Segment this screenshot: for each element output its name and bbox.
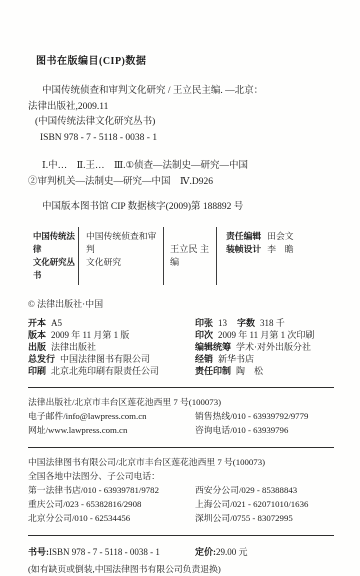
divider-rule [28,535,334,536]
sales-hotline: 销售热线/010 - 63939792/9779 [195,409,334,423]
print-specs: 开本A5 版本2009 年 11 月第 1 版 出版法律出版社 总发行中国法律图… [28,317,334,377]
branch-phone: 第一法律书店/010 - 63939781/9782 [28,483,195,497]
spec-row-editorial-division: 编辑统筹学术·对外出版分社 [195,341,334,353]
divider-rule [28,447,334,448]
publisher-contact-block: 法律出版社/北京市丰台区莲花池西里 7 号(100073) 电子邮件/info@… [28,395,334,437]
branch-row: 北京分公司/010 - 62534456 深圳公司/0755 - 8307299… [28,511,334,525]
spec-row-sheets-words: 印张13字数318 千 [195,317,334,329]
distributor-contact-block: 中国法律图书有限公司/北京市丰台区莲花池西里 7 号(100073) 全国各地中… [28,455,334,525]
cip-description-block: 中国传统侦查和审判文化研究 / 王立民主编. —北京： 法律出版社,2009.1… [28,84,334,146]
cip-classification: Ⅰ.中… Ⅱ.王… Ⅲ.①侦查—法制史—研究—中国 ②审判机关—法制史—研究—中… [28,159,334,190]
return-note: (如有缺页或倒装,中国法律图书有限公司负责退换) [28,562,334,575]
spec-row-edition: 版本2009 年 11 月第 1 版 [28,329,195,341]
price: 定价:29.00 元 [195,545,248,558]
copyright-line: © 法律出版社·中国 [28,297,334,310]
branch-phone: 重庆公司/023 - 65382816/2908 [28,497,195,511]
colophon-title: 中国传统侦查和审判 文化研究 [78,227,163,285]
responsible-editor-label: 责任编辑 [226,231,261,241]
colophon-staff: 责任编辑田会文 装帧设计李 瞻 [216,227,334,285]
spec-row-publisher: 出版法律出版社 [28,341,195,353]
publisher-address: 法律出版社/北京市丰台区莲花池西里 7 号(100073) [28,395,334,409]
responsible-editor-row: 责任编辑田会文 [226,230,334,243]
cip-isbn: ISBN 978 - 7 - 5118 - 0038 - 1 [28,131,334,147]
page-content: 图书在版编目(CIP)数据 中国传统侦查和审判文化研究 / 王立民主编. —北京… [0,0,360,575]
publisher-email: 电子邮件/info@lawpress.com.cn [28,409,195,423]
branch-phone: 北京分公司/010 - 62534456 [28,511,195,525]
distributor-address: 中国法律图书有限公司/北京市丰台区莲花池西里 7 号(100073) [28,455,334,469]
branch-row: 重庆公司/023 - 65382816/2908 上海公司/021 - 6207… [28,497,334,511]
colophon-editor: 王立民 主编 [163,227,216,285]
branch-row: 第一法律书店/010 - 63939781/9782 西安分公司/029 - 8… [28,483,334,497]
cip-header: 图书在版编目(CIP)数据 [28,52,334,67]
cip-series-note: (中国传统法律文化研究丛书) [28,115,334,131]
cip-classification-line: Ⅰ.中… Ⅱ.王… Ⅲ.①侦查—法制史—研究—中国 [28,159,334,175]
divider-rule [28,387,334,388]
print-specs-right: 印张13字数318 千 印次2009 年 11 月第 1 次印刷 编辑统筹学术·… [195,317,334,377]
book-copyright-page: 图书在版编目(CIP)数据 中国传统侦查和审判文化研究 / 王立民主编. —北京… [0,0,360,576]
spec-row-format: 开本A5 [28,317,195,329]
binding-designer-name: 李 瞻 [267,244,293,254]
colophon-title-line: 文化研究 [86,256,163,269]
colophon-title-line: 中国传统侦查和审判 [86,230,163,256]
footer-row: 书号:ISBN 978 - 7 - 5118 - 0038 - 1 定价:29.… [28,545,334,558]
responsible-editor-name: 田会文 [267,231,293,241]
branch-phone-note: 全国各地中法图分、子公司电话： [28,469,334,483]
colophon-series: 中国传统法律 文化研究丛书 [28,227,78,285]
colophon-series-line: 中国传统法律 [33,230,78,256]
spec-row-general-distributor: 总发行中国法律图书有限公司 [28,353,195,365]
cip-description-line: 中国传统侦查和审判文化研究 / 王立民主编. —北京： [28,84,334,100]
inquiry-phone: 咨询电话/010 - 63939796 [195,423,334,437]
cip-classification-line: ②审判机关—法制史—研究—中国 Ⅳ.D926 [28,175,334,191]
branch-phone: 西安分公司/029 - 85388843 [195,483,334,497]
spec-row-retailer: 经销新华书店 [195,353,334,365]
publisher-website: 网址/www.lawpress.com.cn [28,423,195,437]
branch-phone: 深圳公司/0755 - 83072995 [195,511,334,525]
cip-description-line: 法律出版社,2009.11 [28,100,334,116]
spec-row-printer: 印刷北京北苑印刷有限责任公司 [28,365,195,377]
spec-row-print-supervisor: 责任印制陶 松 [195,365,334,377]
branch-phone: 上海公司/021 - 62071010/1636 [195,497,334,511]
colophon-table: 中国传统法律 文化研究丛书 中国传统侦查和审判 文化研究 王立民 主编 责任编辑… [28,227,334,285]
cip-record-number: 中国版本图书馆 CIP 数据核字(2009)第 188892 号 [28,198,334,212]
spec-row-impression: 印次2009 年 11 月第 1 次印刷 [195,329,334,341]
binding-designer-row: 装帧设计李 瞻 [226,243,334,256]
print-specs-left: 开本A5 版本2009 年 11 月第 1 版 出版法律出版社 总发行中国法律图… [28,317,195,377]
colophon-series-line: 文化研究丛书 [33,256,78,282]
book-number: 书号:ISBN 978 - 7 - 5118 - 0038 - 1 [28,545,195,558]
binding-designer-label: 装帧设计 [226,244,261,254]
